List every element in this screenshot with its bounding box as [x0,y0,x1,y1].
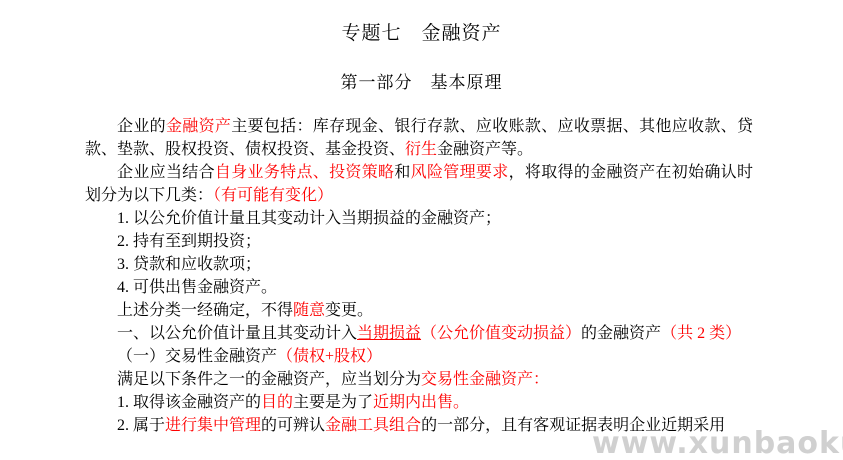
text-run: 的金融资产 [581,325,661,342]
paragraph-subsection-1-heading: （一）交易性金融资产（债权+股权） [85,345,753,368]
text-run: （一）交易性金融资产 [117,348,277,365]
text-run: 金融资产等。 [437,141,533,158]
emphasis-text: 进行集中管理 [165,417,261,434]
text-run: 1. 以公允价值计量且其变动计入当期损益的金融资产； [117,210,501,227]
emphasis-text: 当期损益 [357,325,421,342]
text-run: 2. 持有至到期投资； [117,233,261,250]
text-run: 上述分类一经确定，不得 [117,302,293,319]
paragraph-condition-2: 2. 属于进行集中管理的可辨认金融工具组合的一部分，且有客观证据表明企业近期采用 [85,414,753,437]
text-run: 1. 取得该金融资产的 [117,394,261,411]
emphasis-text: 风险管理要求 [411,164,509,181]
paragraph-section-1-heading: 一、以公允价值计量且其变动计入当期损益（公允价值变动损益）的金融资产（共 2 类… [85,322,753,345]
paragraph-category-3: 3. 贷款和应收款项； [85,253,753,276]
emphasis-text: 金融资产 [166,118,231,135]
text-run: 4. 可供出售金融资产。 [117,279,277,296]
text-run: 3. 贷款和应收款项； [117,256,261,273]
text-run: 企业的 [117,118,166,135]
paragraph-condition-1: 1. 取得该金融资产的目的主要是为了近期内出售。 [85,391,753,414]
paragraph-classification-note: 上述分类一经确定，不得随意变更。 [85,299,753,322]
text-run: 企业应当结合 [117,164,215,181]
emphasis-text: （共 2 类） [661,325,741,342]
paragraph-category-4: 4. 可供出售金融资产。 [85,276,753,299]
paragraph-category-2: 2. 持有至到期投资； [85,230,753,253]
emphasis-text: （有可能有变化） [213,187,333,204]
emphasis-text: 近期内出售。 [373,394,469,411]
text-run: 变更。 [325,302,373,319]
emphasis-text: 目的 [261,394,293,411]
text-run: 满足以下条件之一的金融资产，应当划分为 [117,371,421,388]
paragraph-intro: 企业的金融资产主要包括：库存现金、银行存款、应收账款、应收票据、其他应收款、贷款… [85,115,753,161]
text-run: 主要是为了 [293,394,373,411]
emphasis-text: （债权+股权） [277,348,382,365]
text-run: 的一部分，且有客观证据表明企业近期采用 [421,417,725,434]
emphasis-text: 交易性金融资产： [421,371,549,388]
document-body: 企业的金融资产主要包括：库存现金、银行存款、应收账款、应收票据、其他应收款、贷款… [85,115,753,437]
section-title: 第一部分 基本原理 [0,72,843,93]
document-page: 专题七 金融资产 第一部分 基本原理 企业的金融资产主要包括：库存现金、银行存款… [0,0,843,460]
paragraph-category-1: 1. 以公允价值计量且其变动计入当期损益的金融资产； [85,207,753,230]
document-title: 专题七 金融资产 [0,22,843,46]
text-run: 一、以公允价值计量且其变动计入 [117,325,357,342]
emphasis-text: 衍生 [405,141,437,158]
paragraph-trading-conditions-intro: 满足以下条件之一的金融资产，应当划分为交易性金融资产： [85,368,753,391]
paragraph-classification-intro: 企业应当结合自身业务特点、投资策略和风险管理要求，将取得的金融资产在初始确认时划… [85,161,753,207]
text-run: 的可辨认 [261,417,325,434]
emphasis-text: （公允价值变动损益） [421,325,581,342]
text-run: 2. 属于 [117,417,165,434]
emphasis-text: 随意 [293,302,325,319]
text-run: 和 [394,164,410,181]
emphasis-text: 金融工具组合 [325,417,421,434]
emphasis-text: 自身业务特点、投资策略 [215,164,394,181]
